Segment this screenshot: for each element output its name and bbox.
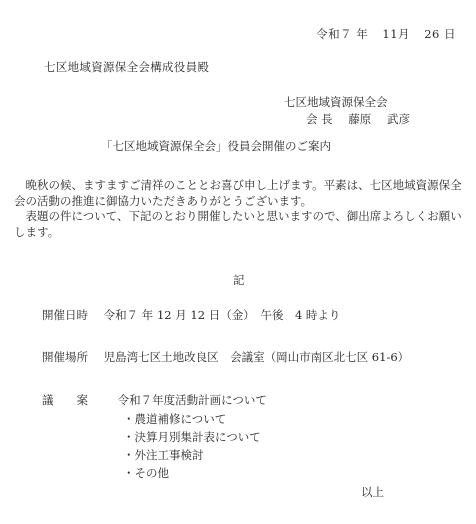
body-paragraph: 表題の件について、下記のとおり開催したいと思いますので、御出席よろしくお願いしま… [14, 209, 468, 240]
sender-organization: 七区地域資源保全会 [284, 94, 388, 110]
sender-name: 会 長 藤原 武彦 [306, 111, 422, 127]
agenda-item: ・決算月別集計表について [123, 428, 261, 446]
body-paragraph: 晩秋の候、ますますご清祥のこととお喜び申し上げます。平素は、七区地域資源保全会の… [14, 178, 468, 209]
ki-heading: 記 [233, 272, 245, 288]
agenda-first-item: 令和７年度活動計画について [118, 393, 267, 407]
detail-label: 開催場所 [42, 349, 100, 365]
sender-surname: 藤原 [348, 112, 371, 126]
detail-label: 議 案 [42, 392, 114, 408]
agenda-item: ・その他 [123, 464, 261, 482]
addressee: 七区地域資源保全会構成役員殿 [44, 59, 209, 75]
agenda-list: ・農道補修について ・決算月別集計表について ・外注工事検討 ・その他 [123, 410, 261, 482]
detail-place: 開催場所 児島湾七区土地改良区 会議室（岡山市南区北七区 61-6） [42, 349, 409, 365]
closing-mark: 以上 [361, 484, 384, 500]
document-date: 令和７ 年 11月 26 日 [316, 26, 456, 42]
date-day: 26 日 [424, 27, 456, 41]
agenda-item: ・農道補修について [123, 410, 261, 428]
agenda-item: ・外注工事検討 [123, 446, 261, 464]
detail-value: 令和７ 年 12 月 12 日（金） 午後 4 時より [104, 308, 341, 322]
date-month: 11月 [382, 27, 410, 41]
date-era-year: 令和７ 年 [316, 27, 368, 41]
sender-given-name: 武彦 [387, 112, 410, 126]
detail-agenda: 議 案 令和７年度活動計画について [42, 392, 267, 408]
detail-value: 児島湾七区土地改良区 会議室（岡山市南区北七区 61-6） [104, 350, 410, 364]
document-subject: 「七区地域資源保全会」役員会開催のご案内 [101, 138, 331, 154]
detail-label: 開催日時 [42, 307, 100, 323]
document-body: 晩秋の候、ますますご清祥のこととお喜び申し上げます。平素は、七区地域資源保全会の… [14, 178, 468, 240]
detail-datetime: 開催日時 令和７ 年 12 月 12 日（金） 午後 4 時より [42, 307, 340, 323]
sender-title: 会 長 [306, 112, 333, 126]
